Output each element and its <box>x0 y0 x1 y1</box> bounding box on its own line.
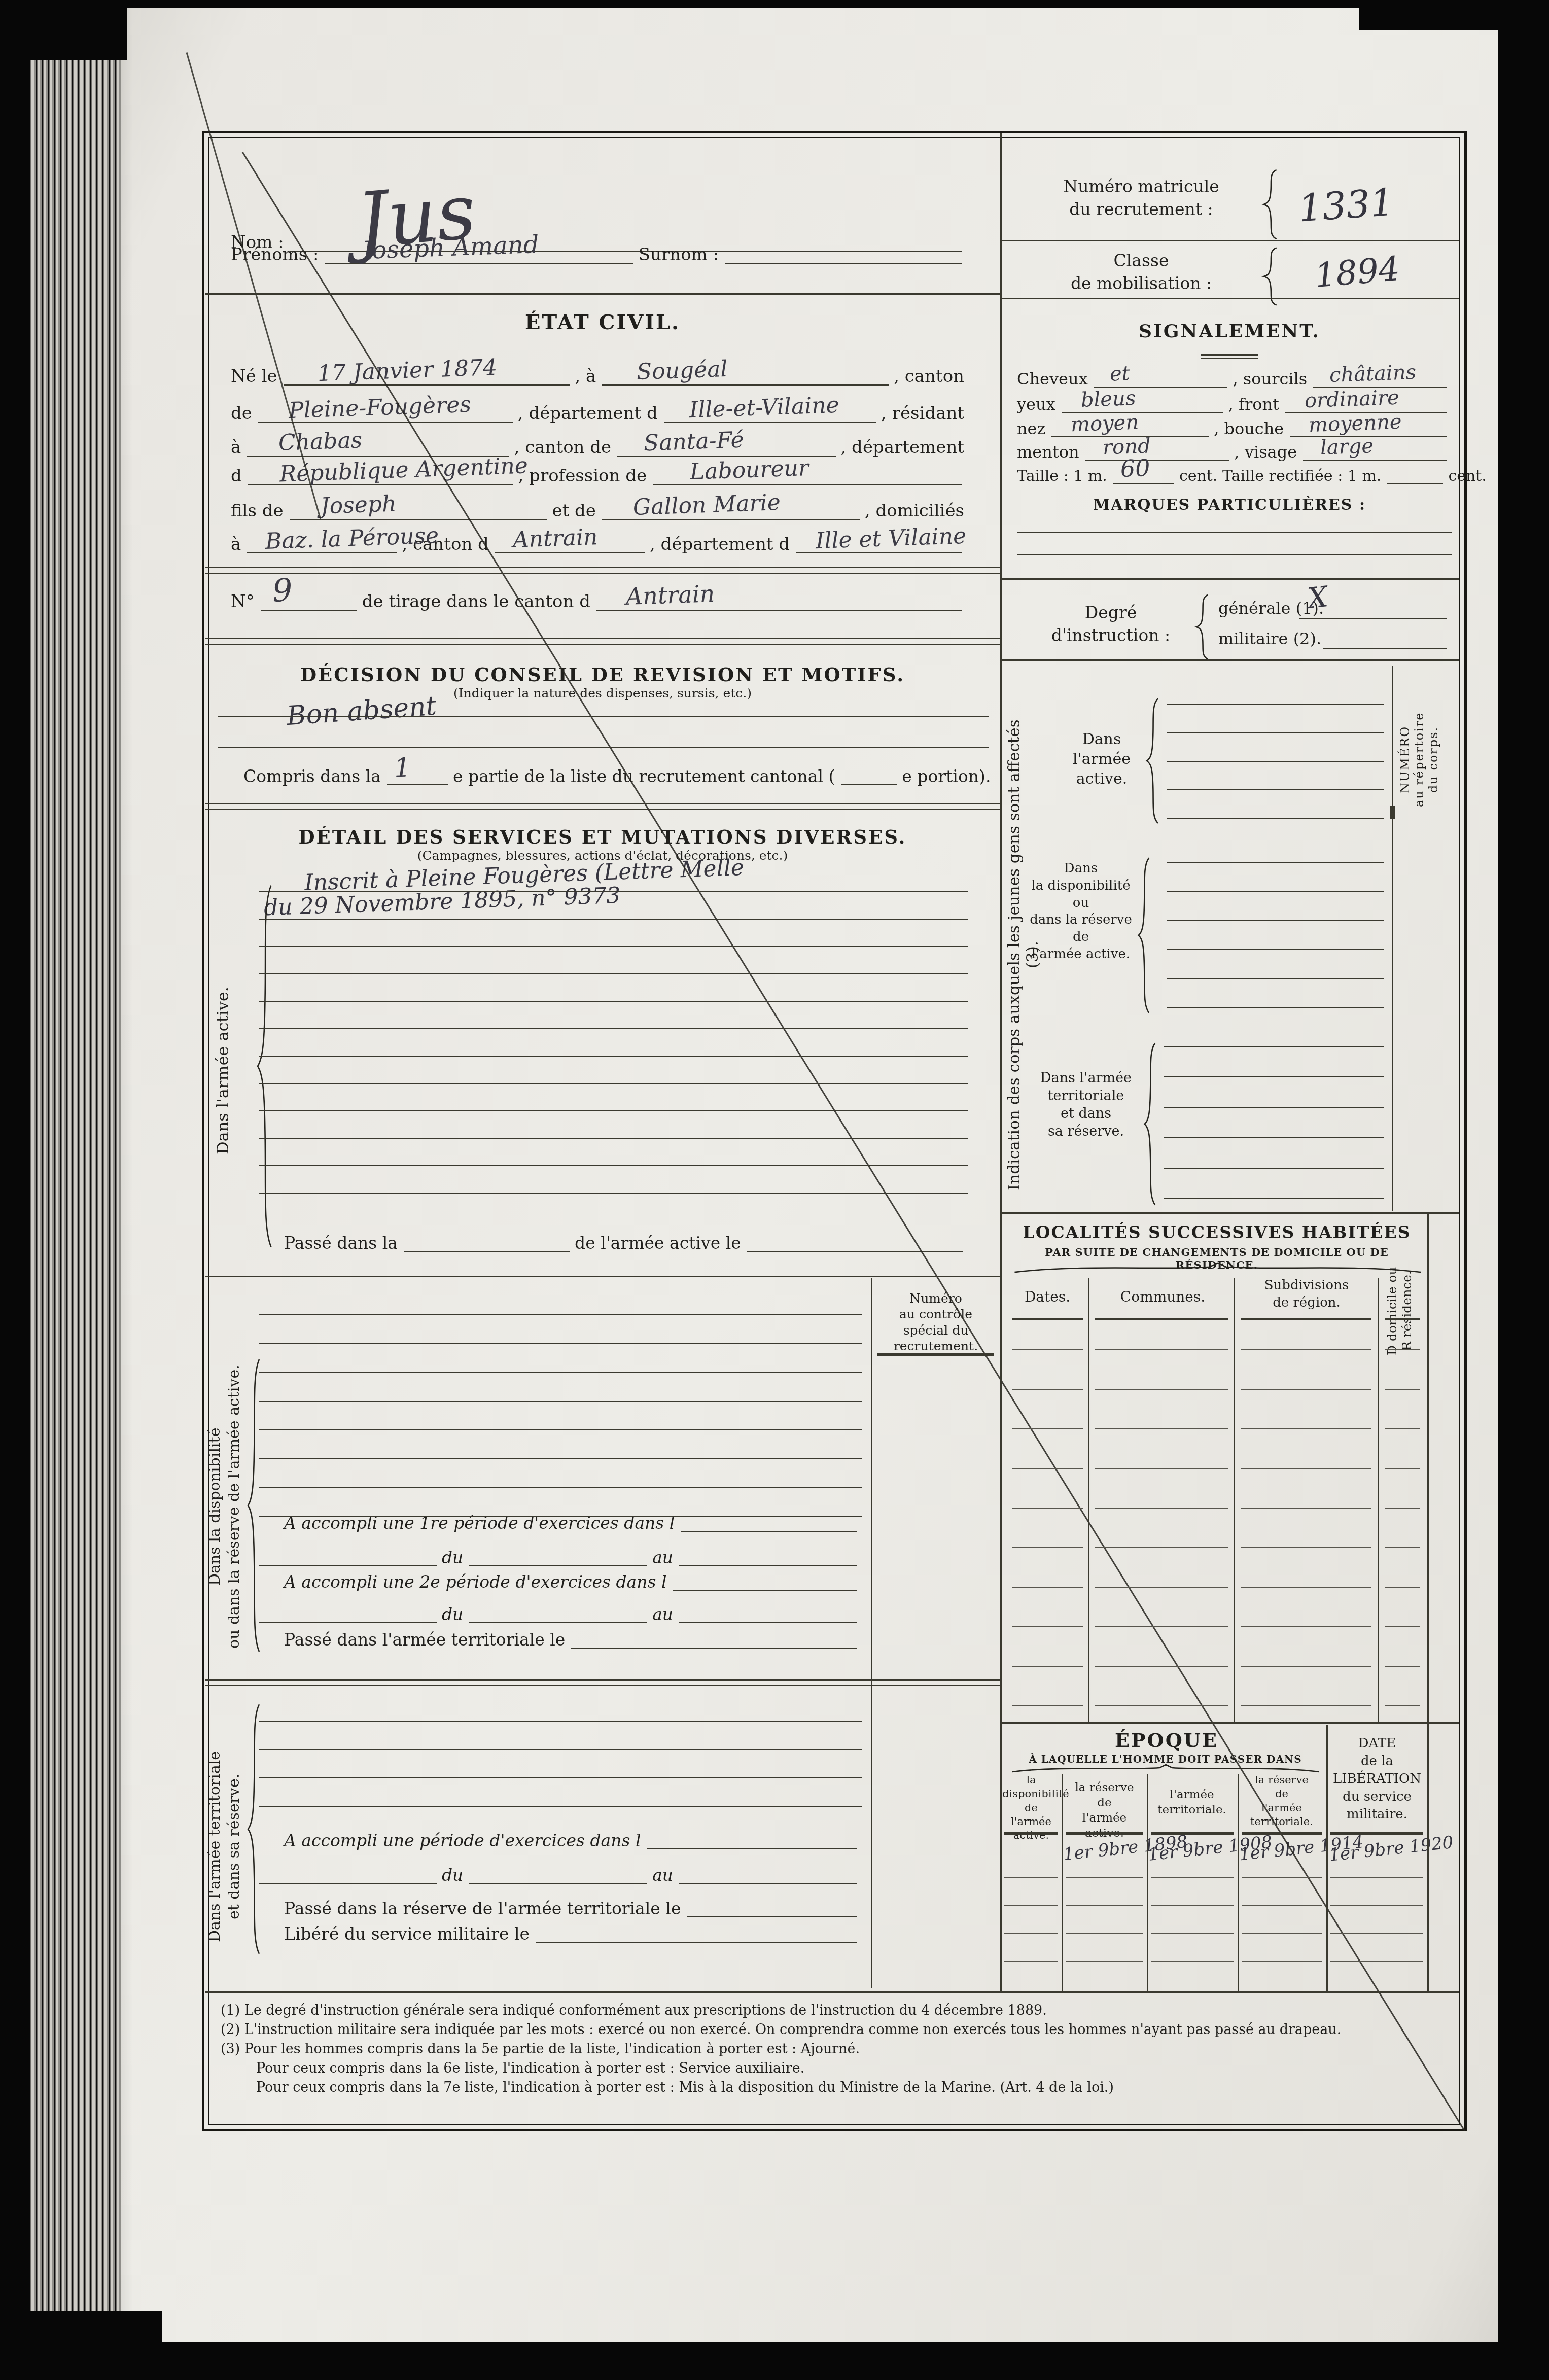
field-line: 9 <box>261 586 357 611</box>
localites-col-subdivisions: Subdivisions de région. <box>1239 1277 1375 1312</box>
field-label: Taille : 1 m. <box>1017 467 1110 486</box>
field-label: et de <box>552 501 599 522</box>
field-row-parents: fils de Joseph et de Gallon Marie , domi… <box>231 496 967 522</box>
ruled-line <box>1095 1666 1228 1667</box>
ruled-line <box>1066 1877 1143 1878</box>
field-label: A accompli une période d'exercices dans … <box>284 1831 644 1851</box>
field-line: Pleine-Fougères <box>258 398 513 423</box>
instruction-militaire-label: militaire (2). <box>1218 629 1321 648</box>
field-line <box>679 1860 857 1884</box>
field-line <box>469 1860 647 1884</box>
ruled-line <box>1000 1212 1459 1214</box>
field-line: Gallon Marie <box>602 496 860 520</box>
surnom-label: Surnom : <box>639 244 722 266</box>
ruled-line <box>1242 1832 1322 1835</box>
ruled-line <box>1241 1508 1371 1509</box>
ruled-line <box>1167 1007 1384 1008</box>
ruled-line <box>1151 1961 1234 1962</box>
ruled-line <box>259 1372 862 1373</box>
matricule-label: Numéro matriculedu recrutement : <box>1019 176 1263 221</box>
field-line: Santa-Fé <box>617 432 835 457</box>
field-line <box>673 1566 857 1591</box>
ruled-line <box>1330 1933 1423 1934</box>
field-line <box>679 1542 857 1566</box>
ruled-line <box>1201 358 1258 359</box>
corps-group-dispo-label: Dans la disponibilité ou dans la réserve… <box>1027 860 1135 963</box>
handwritten-value: Sougéal <box>636 356 728 385</box>
ruled-line <box>1167 761 1384 762</box>
ruled-line <box>1385 1389 1420 1390</box>
ruled-line <box>1242 1933 1322 1934</box>
handwritten-value: châtains <box>1329 361 1417 387</box>
prenoms-handwritten: Joseph Amand <box>362 230 539 265</box>
ruled-line <box>1000 240 1459 241</box>
field-row-passe-active: Passé dans la de l'armée active le <box>284 1228 968 1254</box>
page-stack-edges <box>29 49 121 2315</box>
field-label: au <box>652 1865 676 1886</box>
tirage-text: de tirage dans le canton d <box>362 591 593 613</box>
corps-group-active-label: Dans l'armée active. <box>1059 729 1144 789</box>
field-label: yeux <box>1017 395 1059 415</box>
field-label: du <box>442 1604 466 1625</box>
footnote-1: (1) Le degré d'instruction générale sera… <box>221 2003 1453 2018</box>
table-divider <box>1234 1278 1235 1722</box>
epoque-title: ÉPOQUE <box>1014 1729 1319 1752</box>
field-row-cheveux: Cheveux et , sourcils châtains <box>1017 363 1452 390</box>
ruled-line <box>1242 1905 1322 1906</box>
tirage-no-label: N° <box>231 591 258 613</box>
ruled-line <box>1241 1468 1371 1469</box>
ruled-line <box>205 1685 1000 1686</box>
ruled-line <box>1017 532 1452 533</box>
field-line <box>259 1542 437 1566</box>
handwritten-value: Laboureur <box>689 455 809 485</box>
table-divider <box>1378 1278 1379 1722</box>
ruled-line <box>1095 1349 1228 1350</box>
handwritten-value: 17 Janvier 1874 <box>318 355 498 387</box>
field-label: Passé dans la réserve de l'armée territo… <box>284 1899 684 1919</box>
footnote-4: Pour ceux compris dans la 6e liste, l'in… <box>256 2060 1453 2076</box>
side-label-armee-active: Dans l'armée active. <box>213 954 235 1187</box>
ruled-line <box>259 1458 862 1459</box>
ruled-line <box>1385 1318 1420 1320</box>
ruled-line <box>1164 1076 1384 1077</box>
instruction-generale-value: X <box>1306 580 1329 615</box>
ruled-line <box>1385 1468 1420 1469</box>
ruled-line <box>259 1314 862 1315</box>
ruled-line <box>1323 648 1447 649</box>
ruled-line <box>1385 1547 1420 1548</box>
handwritten-value: Gallon Marie <box>632 489 781 520</box>
field-row-acc3: A accompli une période d'exercices dans … <box>284 1825 862 1851</box>
ruled-line <box>1330 1832 1423 1835</box>
ruled-line <box>259 1056 968 1057</box>
ruled-line <box>1012 1626 1083 1627</box>
ruled-line <box>259 1028 968 1029</box>
ruled-line <box>259 1001 968 1002</box>
ruled-line <box>259 946 968 947</box>
ruled-line <box>1167 949 1384 950</box>
ruled-line <box>205 1276 1000 1277</box>
field-label: Compris dans la <box>243 766 384 787</box>
ruled-line <box>205 644 1000 645</box>
ruled-line <box>259 1165 968 1166</box>
field-line <box>469 1599 647 1623</box>
ruled-line <box>1017 554 1452 555</box>
ruled-line <box>1167 862 1384 863</box>
field-row-du-au: du au <box>259 1599 862 1625</box>
corps-group-terr-label: Dans l'armée territoriale et dans sa rés… <box>1030 1069 1142 1140</box>
ruled-line <box>205 573 1000 574</box>
surnom-line <box>725 239 962 264</box>
ruled-line <box>1066 1905 1143 1906</box>
field-label: à <box>231 437 244 459</box>
ruled-line <box>1330 1961 1423 1962</box>
field-line: Ille et Vilaine <box>796 529 962 553</box>
field-row-departement: d République Argentine , profession de L… <box>231 461 967 487</box>
field-line <box>687 1893 857 1917</box>
field-label: e portion). <box>902 766 994 787</box>
ruled-line <box>218 747 989 748</box>
tirage-no-value: 9 <box>271 571 293 609</box>
ruled-line <box>1012 1318 1083 1320</box>
ruled-line <box>205 293 1000 295</box>
field-line <box>681 1508 857 1532</box>
ruled-line <box>1330 1877 1423 1878</box>
handwritten-value: Ille et Vilaine <box>816 523 967 554</box>
field-row-du-au: du au <box>259 1542 862 1568</box>
scan-edge <box>0 0 30 2380</box>
field-line: Antrain <box>495 529 645 553</box>
ruled-line <box>259 1401 862 1402</box>
ruled-line <box>1151 1933 1234 1934</box>
ruled-line <box>1012 1349 1083 1350</box>
field-line: Laboureur <box>653 461 962 485</box>
ruled-line <box>1385 1626 1420 1627</box>
ruled-line <box>1004 1877 1058 1878</box>
handwritten-value: bleus <box>1080 387 1136 412</box>
field-line <box>1387 460 1443 484</box>
ruled-line <box>1095 1318 1228 1320</box>
ruled-line <box>259 1777 862 1778</box>
ruled-line <box>205 1991 1459 1993</box>
ruled-line <box>259 1138 968 1139</box>
ruled-line <box>1167 732 1384 733</box>
table-divider <box>1238 1774 1239 1991</box>
classe-label: Classede mobilisation : <box>1019 250 1263 295</box>
ruled-line <box>1000 1722 1459 1724</box>
field-line: Ille-et-Vilaine <box>664 398 876 423</box>
field-label: au <box>652 1604 676 1625</box>
ruled-line <box>1242 1877 1322 1878</box>
field-line: moyen <box>1051 413 1209 437</box>
field-label: , canton <box>894 366 967 388</box>
field-line: bleus <box>1062 389 1223 413</box>
ruled-line <box>1385 1666 1420 1667</box>
field-line <box>536 1918 857 1943</box>
handwritten-value: Chabas <box>278 427 363 456</box>
ruled-line <box>205 809 1000 810</box>
field-label: du <box>442 1548 466 1568</box>
field-label: , front <box>1228 395 1282 415</box>
field-row-menton: menton rond , visage large <box>1017 436 1452 463</box>
ruled-line <box>1095 1547 1228 1548</box>
handwritten-value: 60 <box>1120 454 1150 482</box>
field-line <box>647 1825 857 1849</box>
field-label: Cheveux <box>1017 369 1091 390</box>
ruled-line <box>259 1806 862 1807</box>
ruled-line <box>1012 1389 1083 1390</box>
signalement-title: SIGNALEMENT. <box>1009 321 1450 342</box>
instruction-label: Degréd'instruction : <box>1035 602 1187 647</box>
handwritten-value: 1 <box>394 752 411 783</box>
ruled-line <box>1164 1168 1384 1169</box>
ruled-line <box>1095 1626 1228 1627</box>
table-divider <box>1390 806 1395 819</box>
field-line <box>404 1228 570 1252</box>
ruled-line <box>1095 1389 1228 1390</box>
field-line: Baz. la Pérouse <box>247 529 397 553</box>
ruled-line <box>259 1193 968 1194</box>
field-row-acc2: A accompli une 2e période d'exercices da… <box>284 1566 862 1593</box>
field-label: Né le <box>231 366 280 388</box>
ruled-line <box>1241 1318 1371 1320</box>
field-line: Chabas <box>247 432 509 457</box>
ruled-line <box>205 803 1000 804</box>
ruled-line <box>1241 1626 1371 1627</box>
handwritten-value: moyen <box>1070 411 1139 437</box>
ruled-line <box>1167 818 1384 819</box>
field-line: 1 <box>387 761 448 785</box>
ruled-line <box>1167 891 1384 892</box>
field-line: Joseph <box>290 496 547 520</box>
ruled-line <box>259 919 968 920</box>
ruled-line <box>1164 1198 1384 1199</box>
ruled-line <box>1164 1046 1384 1047</box>
ruled-line <box>1201 354 1258 356</box>
scanned-register-page: Nom : Jus Prénoms : Joseph Amand Surnom … <box>0 0 1549 2380</box>
field-label: , profession de <box>518 466 650 487</box>
field-line: 60 <box>1113 460 1174 484</box>
ruled-line <box>1095 1428 1228 1429</box>
handwritten-value: Joseph <box>320 491 397 519</box>
ruled-line <box>1066 1961 1143 1962</box>
ruled-line <box>1241 1705 1371 1706</box>
field-row-passe-res: Passé dans la réserve de l'armée territo… <box>284 1893 862 1919</box>
ruled-line <box>259 1429 862 1430</box>
ruled-line <box>1385 1705 1420 1706</box>
field-line <box>679 1599 857 1623</box>
field-line: République Argentine <box>248 461 513 485</box>
ruled-line <box>1095 1508 1228 1509</box>
ruled-line <box>1012 1666 1083 1667</box>
ruled-line <box>1000 578 1459 580</box>
ruled-line <box>1385 1587 1420 1588</box>
field-row-acc1: A accompli une 1re période d'exercices d… <box>284 1508 862 1534</box>
field-label: e partie de la liste du recrutement cant… <box>453 766 838 787</box>
ruled-line <box>1167 789 1384 790</box>
ruled-line <box>1385 1349 1420 1350</box>
ruled-line <box>1095 1468 1228 1469</box>
ruled-line <box>1012 1705 1083 1706</box>
table-divider <box>871 1278 872 1988</box>
table-divider <box>1088 1278 1089 1722</box>
ruled-line <box>1066 1832 1143 1835</box>
field-row-libere: Libéré du service militaire le <box>284 1918 862 1945</box>
ruled-line <box>259 891 968 892</box>
matricule-value: 1331 <box>1297 181 1395 231</box>
localites-title: LOCALITÉS SUCCESSIVES HABITÉES <box>1007 1222 1427 1242</box>
ruled-line <box>205 638 1000 639</box>
field-line <box>841 761 897 785</box>
ruled-line <box>1004 1832 1058 1835</box>
field-row-tirage: N° 9 de tirage dans le canton d Antrain <box>231 586 967 613</box>
handwritten-value: Antrain <box>512 524 598 553</box>
localites-col-dr-vertical: D domicile ou R résidence. <box>1385 1264 1423 1358</box>
field-line: rond <box>1085 436 1229 461</box>
localites-col-communes: Communes. <box>1096 1288 1230 1305</box>
field-label: à <box>231 534 244 555</box>
field-line <box>259 1860 437 1884</box>
field-line <box>747 1228 963 1252</box>
localites-col-dates: Dates. <box>1009 1288 1085 1305</box>
ruled-line <box>1151 1877 1234 1878</box>
field-line: Sougéal <box>602 361 889 386</box>
tirage-canton-value: Antrain <box>625 580 715 610</box>
scan-edge <box>1499 0 1549 2380</box>
table-divider <box>1062 1774 1063 1991</box>
epoque-col4-header: la réserve de l'armée territoriale. <box>1241 1773 1323 1829</box>
field-line: 17 Janvier 1874 <box>284 361 570 386</box>
ruled-line <box>1012 1547 1083 1548</box>
field-label: d <box>231 466 245 487</box>
scan-edge <box>0 2343 1549 2380</box>
field-row-taille: Taille : 1 m. 60 cent. Taille rectifiée … <box>1017 460 1452 486</box>
ruled-line <box>259 1749 862 1750</box>
field-label: , résidant <box>881 403 967 425</box>
ruled-line <box>1000 659 1459 661</box>
field-label: de l'armée active le <box>575 1233 744 1254</box>
ruled-line <box>1241 1428 1371 1429</box>
field-label: A accompli une 2e période d'exercices da… <box>284 1572 670 1593</box>
ruled-line <box>1095 1587 1228 1588</box>
handwritten-value: Ille-et-Vilaine <box>689 392 839 423</box>
field-label: , canton de <box>514 437 615 459</box>
ruled-line <box>1164 1137 1384 1138</box>
ruled-line <box>1299 618 1447 619</box>
etat-civil-title: ÉTAT CIVIL. <box>205 310 1000 334</box>
ruled-line <box>205 1679 1000 1681</box>
field-row-naissance: Né le 17 Janvier 1874 , à Sougéal , cant… <box>231 361 967 388</box>
ruled-line <box>877 1353 994 1356</box>
ruled-line <box>1151 1905 1234 1906</box>
ruled-line <box>1167 704 1384 705</box>
field-label: au <box>652 1548 676 1568</box>
epoque-date-header: DATE de la LIBÉRATION du service militai… <box>1330 1735 1424 1824</box>
handwritten-value: moyenne <box>1309 410 1402 437</box>
field-label: du <box>442 1865 466 1886</box>
epoque-col3-header: l'armée territoriale. <box>1149 1788 1235 1818</box>
ruled-line <box>259 1721 862 1722</box>
field-line: et <box>1094 363 1228 388</box>
ruled-line <box>259 973 968 974</box>
ruled-line <box>1241 1587 1371 1588</box>
ruled-line <box>1241 1547 1371 1548</box>
table-divider <box>1427 1212 1429 1991</box>
side-label-disponibilite: Dans la disponibilité ou dans la réserve… <box>205 1349 248 1664</box>
field-row-residence: à Chabas , canton de Santa-Fé , départem… <box>231 432 967 459</box>
ruled-line <box>1151 1832 1234 1835</box>
ruled-line <box>1385 1428 1420 1429</box>
field-row-canton: de Pleine-Fougères , département d Ille-… <box>231 398 967 425</box>
footnote-3: (3) Pour les hommes compris dans la 5e p… <box>221 2041 1453 2057</box>
ruled-line <box>259 1110 968 1111</box>
localites-subtitle: PAR SUITE DE CHANGEMENTS DE DOMICILE OU … <box>1007 1246 1427 1271</box>
ruled-line <box>1385 1508 1420 1509</box>
field-line: moyenne <box>1290 413 1447 437</box>
field-row-compris: Compris dans la 1 e partie de la liste d… <box>243 761 974 787</box>
handwritten-value: Santa-Fé <box>643 427 744 457</box>
field-label: , à <box>575 366 599 388</box>
prenoms-line: Joseph Amand <box>325 239 633 264</box>
table-divider <box>1392 666 1393 1211</box>
ruled-line <box>1095 1705 1228 1706</box>
handwritten-value: large <box>1320 434 1374 460</box>
epoque-subtitle: À LAQUELLE L'HOMME DOIT PASSER DANS <box>1007 1753 1324 1765</box>
field-line <box>259 1599 437 1623</box>
field-row-du-au: du au <box>259 1860 862 1886</box>
handwritten-value: et <box>1110 362 1131 386</box>
ruled-line <box>1012 1587 1083 1588</box>
ruled-line <box>1167 978 1384 979</box>
table-divider <box>1000 133 1002 1991</box>
ruled-line <box>259 1516 862 1517</box>
field-label: cent. Taille rectifiée : 1 m. <box>1179 467 1385 486</box>
marques-label: MARQUES PARTICULIÈRES : <box>1009 496 1450 514</box>
ruled-line <box>1241 1389 1371 1390</box>
footnote-5: Pour ceux compris dans la 7e liste, l'in… <box>256 2080 1453 2095</box>
ruled-line <box>1004 1961 1058 1962</box>
footnote-2: (2) L'instruction militaire sera indiqué… <box>221 2022 1453 2038</box>
ruled-line <box>1012 1428 1083 1429</box>
table-divider <box>1326 1725 1328 1991</box>
ruled-line <box>259 1487 862 1488</box>
side-label-territoriale: Dans l'armée territoriale et dans sa rés… <box>205 1740 248 1953</box>
field-label: , département d <box>650 534 793 555</box>
ruled-line <box>1241 1666 1371 1667</box>
numero-repertoire-vertical: NUMÉRO au répertoire du corps. <box>1398 705 1440 814</box>
field-line: Antrain <box>596 586 962 611</box>
ruled-line <box>1241 1349 1371 1350</box>
classe-value: 1894 <box>1313 249 1401 295</box>
field-label: Passé dans la <box>284 1233 401 1254</box>
ruled-line <box>1066 1933 1143 1934</box>
field-row-domicile: à Baz. la Pérouse , canton d Antrain , d… <box>231 529 967 555</box>
field-label: , domiciliés <box>865 501 967 522</box>
field-label: , département d <box>518 403 661 425</box>
ruled-line <box>259 1083 968 1084</box>
field-line: large <box>1303 436 1447 461</box>
ruled-line <box>1004 1905 1058 1906</box>
ruled-line <box>1012 1468 1083 1469</box>
decision-title: DÉCISION DU CONSEIL DE REVISION ET MOTIF… <box>205 663 1000 686</box>
ruled-line <box>1164 1107 1384 1108</box>
field-label: Libéré du service militaire le <box>284 1924 533 1945</box>
field-row-passe-terr: Passé dans l'armée territoriale le <box>284 1624 862 1651</box>
ruled-line <box>218 716 989 717</box>
field-label: Passé dans l'armée territoriale le <box>284 1630 568 1651</box>
detail-title: DÉTAIL DES SERVICES ET MUTATIONS DIVERSE… <box>205 826 1000 848</box>
